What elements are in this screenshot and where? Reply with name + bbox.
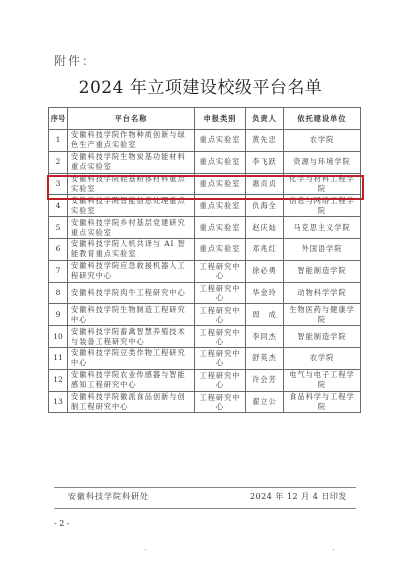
platform-name: 安徽科技学院徽派食品创新与创制工程研究中心	[68, 391, 195, 413]
application-type: 工程研究中心	[195, 326, 246, 348]
host-unit: 外国语学院	[284, 238, 361, 260]
person-in-charge: 李飞跃	[246, 151, 284, 173]
host-unit: 资源与环境学院	[284, 151, 361, 173]
application-type: 重点实验室	[195, 151, 246, 173]
application-type: 重点实验室	[195, 130, 246, 152]
person-in-charge: 黄先忠	[246, 130, 284, 152]
person-in-charge: 徐必勇	[246, 260, 284, 282]
application-type: 工程研究中心	[195, 391, 246, 413]
table-row: 10安徽科技学院畜禽智慧养殖技术与装备工程研究中心工程研究中心李同杰智能制造学院	[49, 326, 361, 348]
platform-table: 序号 平台名称 申报类别 负责人 依托建设单位 1安徽科技学院作物种质创新与绿色…	[48, 107, 361, 413]
application-type: 工程研究中心	[195, 347, 246, 369]
platform-name: 安徽科技学院农业传感器与智能感知工程研究中心	[68, 369, 195, 391]
application-type: 工程研究中心	[195, 369, 246, 391]
host-unit: 农学院	[284, 130, 361, 152]
row-number: 8	[49, 282, 68, 304]
document-title: 2024 年立项建设校级平台名单	[0, 73, 401, 98]
header-unit: 依托建设单位	[284, 108, 361, 130]
table-row: 9安徽科技学院生物制造工程研究中心工程研究中心周 成生物医药与健康学院	[49, 304, 361, 326]
person-in-charge: 邓兆红	[246, 238, 284, 260]
row-number: 9	[49, 304, 68, 326]
highlight-box-row-3	[47, 175, 364, 200]
platform-name: 安徽科技学院应急救援机器人工程研究中心	[68, 260, 195, 282]
application-type: 重点实验室	[195, 217, 246, 239]
application-type: 工程研究中心	[195, 304, 246, 326]
header-lead: 负责人	[246, 108, 284, 130]
person-in-charge: 许会芳	[246, 369, 284, 391]
page-number: - 2 -	[54, 519, 70, 528]
table-row: 12安徽科技学院农业传感器与智能感知工程研究中心工程研究中心许会芳电气与电子工程…	[49, 369, 361, 391]
host-unit: 智能制造学院	[284, 260, 361, 282]
host-unit: 动物科学学院	[284, 282, 361, 304]
row-number: 12	[49, 369, 68, 391]
row-number: 1	[49, 130, 68, 152]
scan-speck	[333, 549, 334, 550]
table-row: 5安徽科技学院乡村基层党建研究重点实验室重点实验室赵庆灿马克思主义学院	[49, 217, 361, 239]
person-in-charge: 翟立公	[246, 391, 284, 413]
person-in-charge: 周 成	[246, 304, 284, 326]
platform-name: 安徽科技学院乡村基层党建研究重点实验室	[68, 217, 195, 239]
header-type: 申报类别	[195, 108, 246, 130]
host-unit: 马克思主义学院	[284, 217, 361, 239]
platform-name: 安徽科技学院作物种质创新与绿色生产重点实验室	[68, 130, 195, 152]
host-unit: 生物医药与健康学院	[284, 304, 361, 326]
footer-top-rule	[54, 487, 356, 488]
table-header-row: 序号 平台名称 申报类别 负责人 依托建设单位	[49, 108, 361, 130]
table-row: 11安徽科技学院豆类作物工程研究中心工程研究中心舒英杰农学院	[49, 347, 361, 369]
platform-name: 安徽科技学院生物制造工程研究中心	[68, 304, 195, 326]
application-type: 重点实验室	[195, 238, 246, 260]
host-unit: 农学院	[284, 347, 361, 369]
table-row: 7安徽科技学院应急救援机器人工程研究中心工程研究中心徐必勇智能制造学院	[49, 260, 361, 282]
person-in-charge: 舒英杰	[246, 347, 284, 369]
person-in-charge: 华金玲	[246, 282, 284, 304]
person-in-charge: 李同杰	[246, 326, 284, 348]
row-number: 11	[49, 347, 68, 369]
row-number: 10	[49, 326, 68, 348]
row-number: 6	[49, 238, 68, 260]
application-type: 工程研究中心	[195, 260, 246, 282]
row-number: 5	[49, 217, 68, 239]
header-name: 平台名称	[68, 108, 195, 130]
footer-issuer: 安徽科技学院科研处	[68, 491, 149, 502]
platform-name: 安徽科技学院生物炭基功能材料重点实验室	[68, 151, 195, 173]
table-row: 6安徽科技学院人机共译与 AI 智能教育重点实验室重点实验室邓兆红外国语学院	[49, 238, 361, 260]
person-in-charge: 赵庆灿	[246, 217, 284, 239]
table-row: 13安徽科技学院徽派食品创新与创制工程研究中心工程研究中心翟立公食品科学与工程学…	[49, 391, 361, 413]
table-row: 8安徽科技学院肉牛工程研究中心工程研究中心华金玲动物科学学院	[49, 282, 361, 304]
platform-name: 安徽科技学院畜禽智慧养殖技术与装备工程研究中心	[68, 326, 195, 348]
host-unit: 智能制造学院	[284, 326, 361, 348]
table-row: 1安徽科技学院作物种质创新与绿色生产重点实验室重点实验室黄先忠农学院	[49, 130, 361, 152]
platform-name: 安徽科技学院豆类作物工程研究中心	[68, 347, 195, 369]
row-number: 13	[49, 391, 68, 413]
platform-name: 安徽科技学院人机共译与 AI 智能教育重点实验室	[68, 238, 195, 260]
row-number: 7	[49, 260, 68, 282]
scan-speck	[145, 549, 146, 550]
footer-date: 2024 年 12 月 4 日印发	[250, 491, 347, 502]
header-no: 序号	[49, 108, 68, 130]
host-unit: 电气与电子工程学院	[284, 369, 361, 391]
footer-bottom-rule	[54, 508, 356, 509]
application-type: 工程研究中心	[195, 282, 246, 304]
attachment-label: 附件：	[54, 52, 96, 69]
host-unit: 食品科学与工程学院	[284, 391, 361, 413]
platform-name: 安徽科技学院肉牛工程研究中心	[68, 282, 195, 304]
table-row: 2安徽科技学院生物炭基功能材料重点实验室重点实验室李飞跃资源与环境学院	[49, 151, 361, 173]
row-number: 2	[49, 151, 68, 173]
